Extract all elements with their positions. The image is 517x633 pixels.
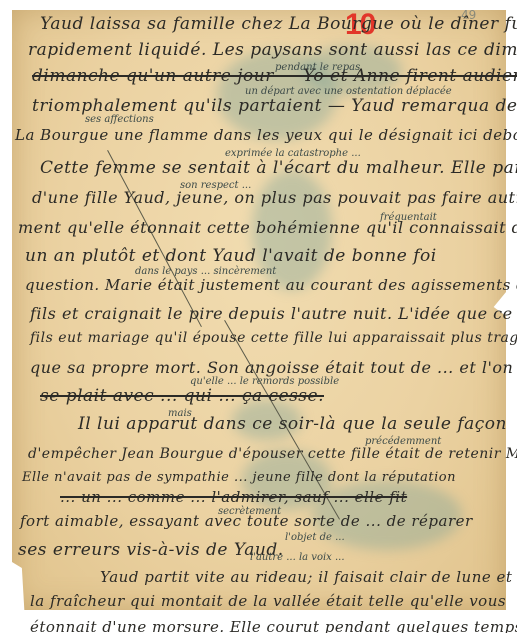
- text-line: fils eut mariage qu'il épouse cette fill…: [30, 330, 517, 346]
- text-line: d'une fille Yaud, jeune, on plus pas pou…: [32, 188, 517, 207]
- text-line: Cette femme se sentait à l'écart du malh…: [40, 158, 517, 178]
- text-line: d'empêcher Jean Bourgue d'épouser cette …: [28, 446, 517, 462]
- interlinear-note: ses affections: [85, 114, 154, 125]
- text-line: triomphalement qu'ils partaient — Yaud r…: [32, 96, 517, 116]
- text-line: fils et craignait le pire depuis l'autre…: [30, 304, 513, 323]
- text-line: Yaud partit vite au rideau; il faisait c…: [100, 568, 512, 586]
- text-line: ment qu'elle étonnait cette bohémienne q…: [18, 218, 517, 237]
- text-line: question. Marie était justement au coura…: [25, 276, 517, 294]
- text-line: rapidement liquidé. Les paysans sont aus…: [28, 40, 517, 60]
- text-line: Yaud laissa sa famille chez La Bourgue o…: [40, 14, 517, 34]
- text-line: ses erreurs vis-à-vis de Yaud.: [18, 540, 284, 560]
- text-line: étonnait d'une morsure. Elle courut pend…: [30, 618, 517, 633]
- text-line: la fraîcheur qui montait de la vallée ét…: [30, 592, 506, 610]
- text-line: Il lui apparut dans ce soir-là que la se…: [78, 414, 507, 434]
- text-line: se plait avec ... qui ... ça cesse.: [40, 386, 324, 406]
- text-line: fort aimable, essayant avec toute sorte …: [20, 512, 473, 530]
- text-line: Elle n'avait pas de sympathie ... jeune …: [22, 470, 456, 485]
- text-line: que sa propre mort. Son angoisse était t…: [30, 358, 513, 377]
- text-line: un an plutôt et dont Yaud l'avait de bon…: [25, 246, 437, 266]
- interlinear-note: l'objet de ...: [285, 532, 345, 543]
- text-line: ... un ... comme ... l'admirer, sauf ...…: [60, 488, 407, 506]
- text-line: La Bourgue une flamme dans les yeux qui …: [15, 126, 517, 144]
- interlinear-note: pendant le repas: [275, 62, 360, 73]
- interlinear-note: l'autre ... la voix ...: [250, 552, 345, 563]
